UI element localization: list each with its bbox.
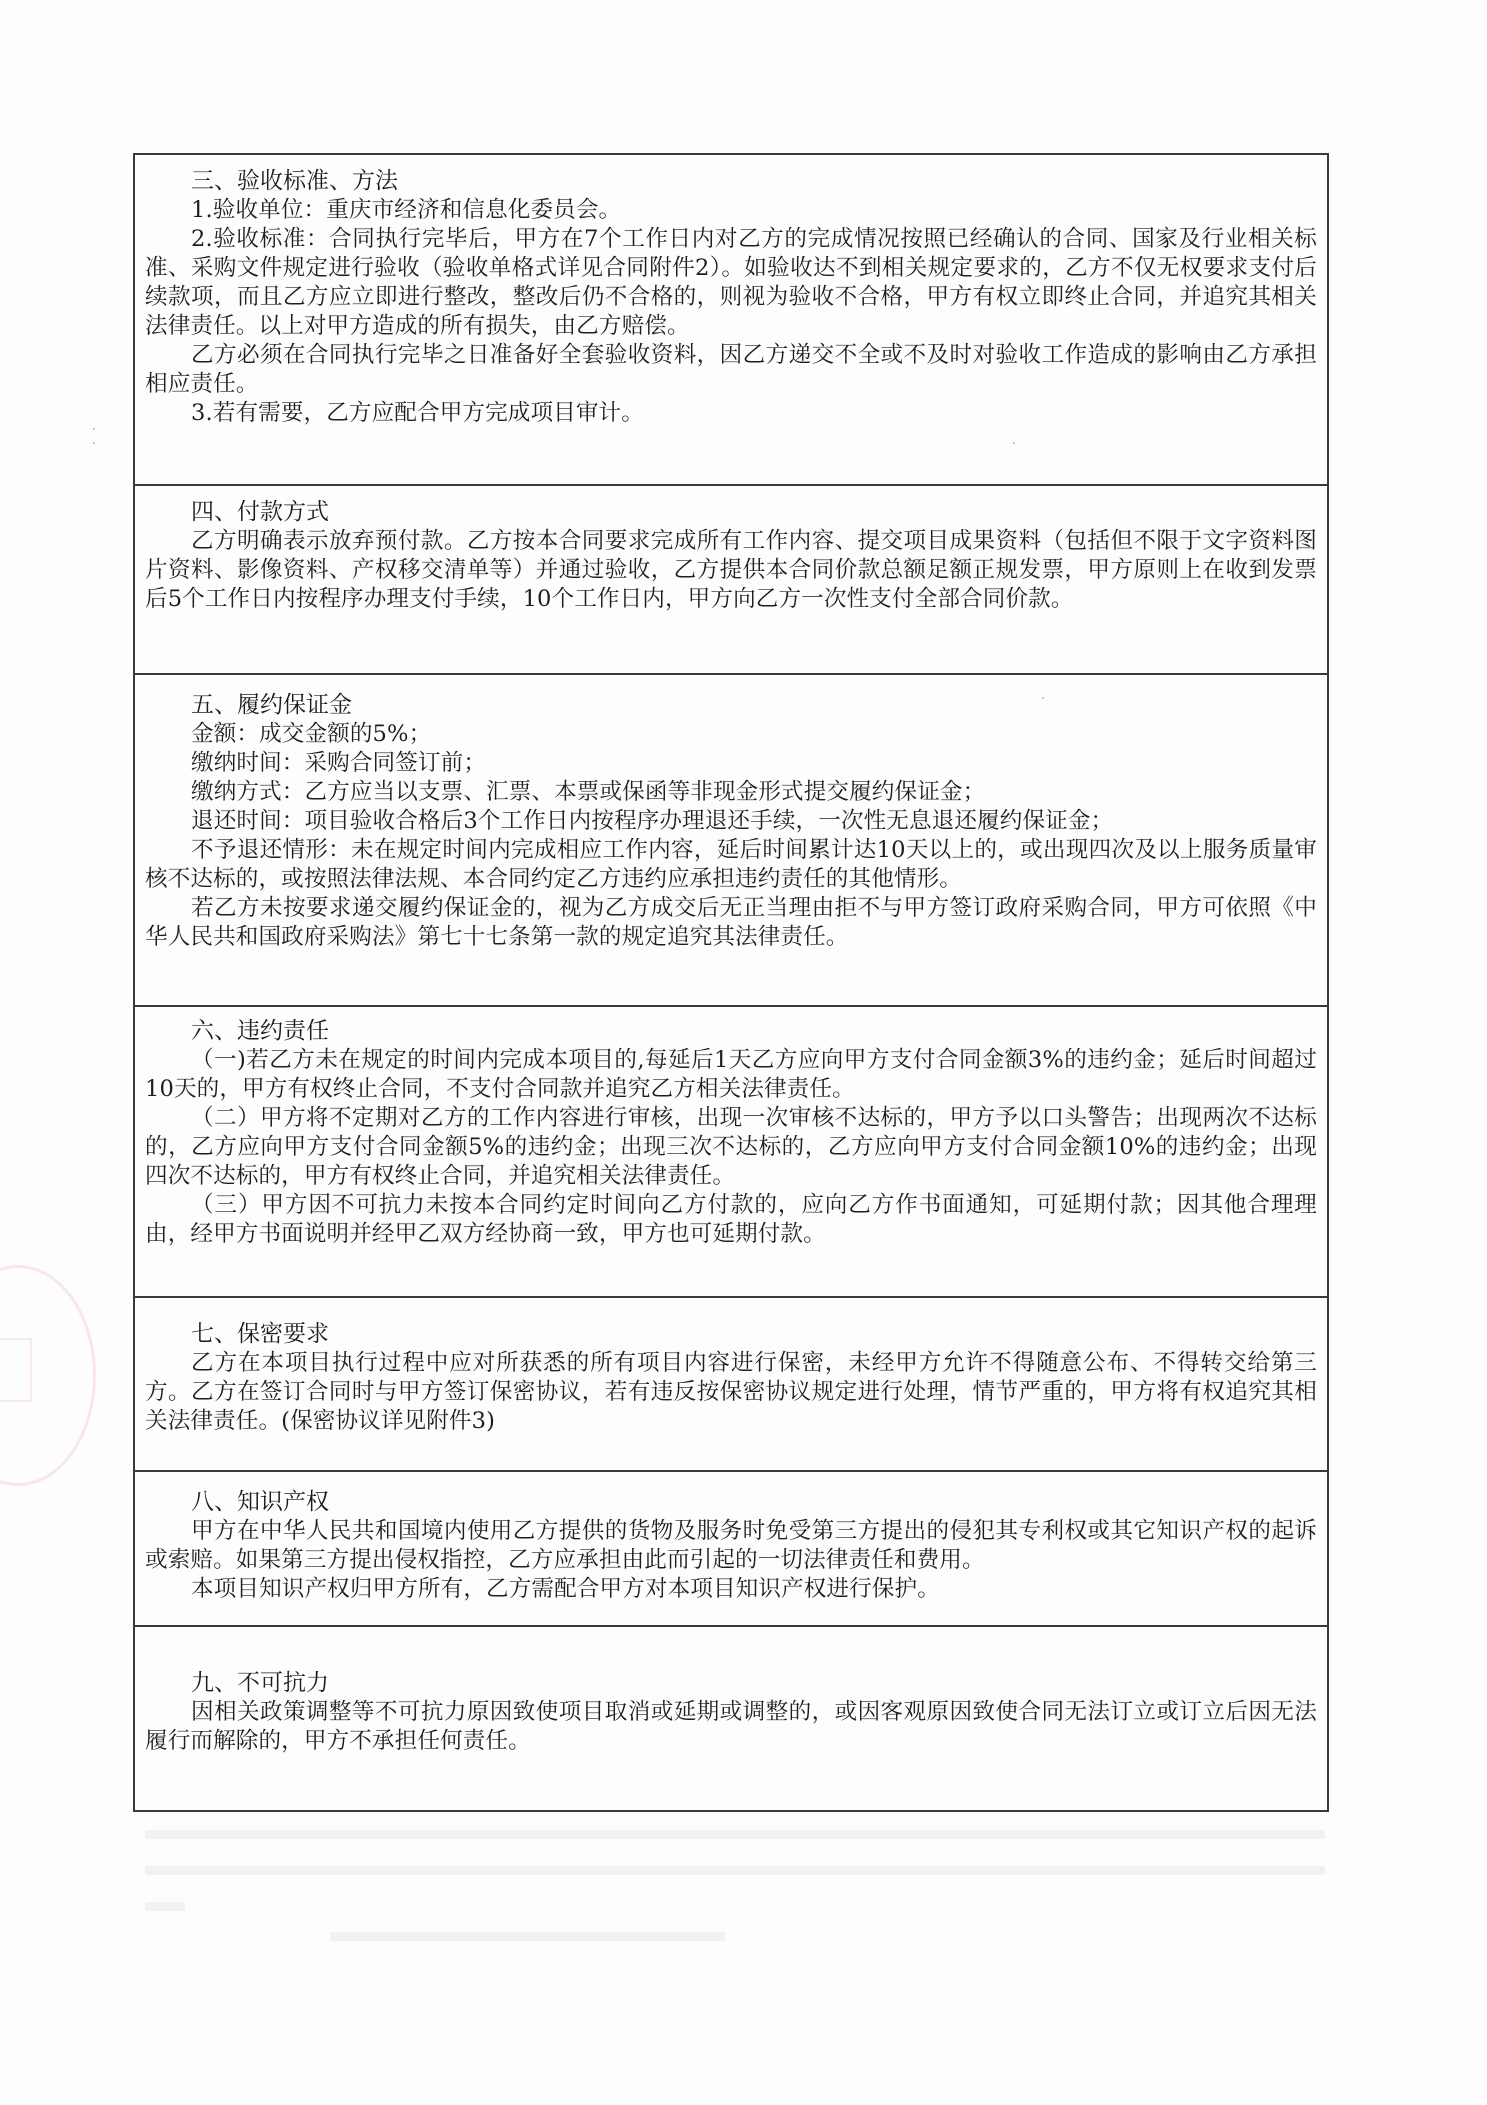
- bleed-through-line: [145, 1902, 185, 1911]
- section-title: 八、知识产权: [145, 1488, 1317, 1517]
- section-title: 四、付款方式: [145, 498, 1317, 527]
- section-title: 七、保密要求: [145, 1320, 1317, 1349]
- scanned-page: 三、验收标准、方法 1.验收单位：重庆市经济和信息化委员会。 2.验收标准：合同…: [0, 0, 1487, 2105]
- contract-terms-table: 三、验收标准、方法 1.验收单位：重庆市经济和信息化委员会。 2.验收标准：合同…: [133, 153, 1329, 1812]
- paragraph: （二）甲方将不定期对乙方的工作内容进行审核，出现一次审核不达标的，甲方予以口头警…: [145, 1104, 1317, 1191]
- section-intellectual-property: 八、知识产权 甲方在中华人民共和国境内使用乙方提供的货物及服务时免受第三方提出的…: [135, 1472, 1327, 1627]
- bleed-through-line: [330, 1932, 725, 1941]
- paragraph: 乙方在本项目执行过程中应对所获悉的所有项目内容进行保密，未经甲方允许不得随意公布…: [145, 1349, 1317, 1436]
- section-title: 五、履约保证金: [145, 691, 1317, 720]
- red-seal-fragment: [0, 1265, 96, 1486]
- bond-payment-time: 缴纳时间：采购合同签订前；: [145, 749, 1317, 778]
- scan-speck: [93, 428, 95, 430]
- paragraph: 甲方在中华人民共和国境内使用乙方提供的货物及服务时免受第三方提出的侵犯其专利权或…: [145, 1517, 1317, 1575]
- paragraph: 2.验收标准：合同执行完毕后，甲方在7个工作日内对乙方的完成情况按照已经确认的合…: [145, 225, 1317, 341]
- scan-speck: [93, 442, 95, 444]
- paragraph: 本项目知识产权归甲方所有，乙方需配合甲方对本项目知识产权进行保护。: [145, 1575, 1317, 1604]
- seal-inner-mark: [0, 1338, 32, 1402]
- paragraph: 因相关政策调整等不可抗力原因致使项目取消或延期或调整的，或因客观原因致使合同无法…: [145, 1698, 1317, 1756]
- paragraph: （一)若乙方未在规定的时间内完成本项目的,每延后1天乙方应向甲方支付合同金额3%…: [145, 1046, 1317, 1104]
- bond-payment-method: 缴纳方式：乙方应当以支票、汇票、本票或保函等非现金形式提交履约保证金；: [145, 778, 1317, 807]
- paragraph: 乙方明确表示放弃预付款。乙方按本合同要求完成所有工作内容、提交项目成果资料（包括…: [145, 527, 1317, 614]
- section-title: 六、违约责任: [145, 1017, 1317, 1046]
- paragraph: 若乙方未按要求递交履约保证金的，视为乙方成交后无正当理由拒不与甲方签订政府采购合…: [145, 894, 1317, 952]
- paragraph: （三）甲方因不可抗力未按本合同约定时间向乙方付款的，应向乙方作书面通知，可延期付…: [145, 1191, 1317, 1249]
- paragraph: 1.验收单位：重庆市经济和信息化委员会。: [145, 196, 1317, 225]
- section-liability: 六、违约责任 （一)若乙方未在规定的时间内完成本项目的,每延后1天乙方应向甲方支…: [135, 1007, 1327, 1298]
- bleed-through-line: [145, 1866, 1325, 1875]
- section-performance-bond: 五、履约保证金 金额：成交金额的5%； 缴纳时间：采购合同签订前； 缴纳方式：乙…: [135, 675, 1327, 1007]
- section-payment: 四、付款方式 乙方明确表示放弃预付款。乙方按本合同要求完成所有工作内容、提交项目…: [135, 486, 1327, 675]
- paragraph: 3.若有需要，乙方应配合甲方完成项目审计。: [145, 399, 1317, 428]
- paragraph: 不予退还情形：未在规定时间内完成相应工作内容，延后时间累计达10天以上的，或出现…: [145, 836, 1317, 894]
- paragraph: 乙方必须在合同执行完毕之日准备好全套验收资料，因乙方递交不全或不及时对验收工作造…: [145, 341, 1317, 399]
- section-title: 三、验收标准、方法: [145, 167, 1317, 196]
- section-force-majeure: 九、不可抗力 因相关政策调整等不可抗力原因致使项目取消或延期或调整的，或因客观原…: [135, 1627, 1327, 1812]
- section-confidentiality: 七、保密要求 乙方在本项目执行过程中应对所获悉的所有项目内容进行保密，未经甲方允…: [135, 1298, 1327, 1472]
- section-title: 九、不可抗力: [145, 1669, 1317, 1698]
- section-acceptance: 三、验收标准、方法 1.验收单位：重庆市经济和信息化委员会。 2.验收标准：合同…: [135, 155, 1327, 486]
- bleed-through-line: [145, 1830, 1325, 1839]
- bond-amount: 金额：成交金额的5%；: [145, 720, 1317, 749]
- bond-refund-time: 退还时间：项目验收合格后3个工作日内按程序办理退还手续，一次性无息退还履约保证金…: [145, 807, 1317, 836]
